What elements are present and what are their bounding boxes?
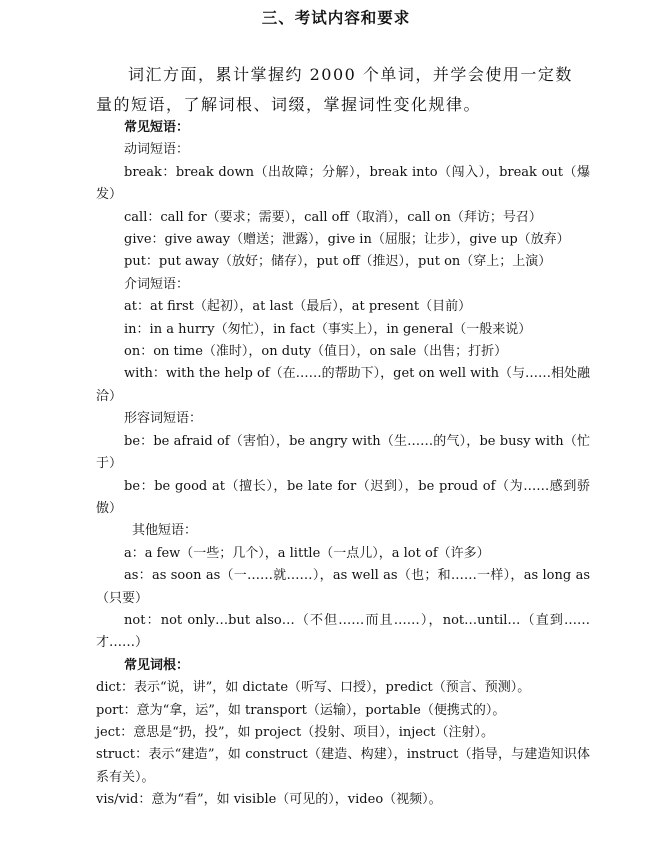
document-body: 常见短语： 动词短语： break：break down（出故障；分解），bre…: [96, 117, 590, 812]
adjective-phrases-heading: 形容词短语：: [96, 408, 590, 430]
verb-phrase-item: put：put away（放好；储存），put off（推迟），put on（穿…: [96, 251, 590, 273]
other-phrases-heading: 其他短语：: [96, 520, 590, 542]
section-title: 三、考试内容和要求: [0, 6, 672, 28]
preposition-phrase-item: on：on time（准时），on duty（值日），on sale（出售；打折…: [96, 341, 590, 363]
other-phrase-item: not：not only…but also…（不但……而且……），not…unt…: [96, 610, 590, 655]
phrases-heading: 常见短语：: [96, 117, 590, 139]
intro-paragraph: 词汇方面，累计掌握约 2000 个单词，并学会使用一定数量的短语，了解词根、词缀…: [96, 60, 590, 120]
root-item: port：意为“拿，运”，如 transport（运输），portable（便携…: [96, 700, 590, 722]
other-phrase-item: as：as soon as（一……就……），as well as（也；和……一样…: [96, 565, 590, 610]
preposition-phrase-item: with：with the help of（在……的帮助下），get on we…: [96, 363, 590, 408]
verb-phrase-item: break：break down（出故障；分解），break into（闯入），…: [96, 162, 590, 207]
preposition-phrases-heading: 介词短语：: [96, 274, 590, 296]
verb-phrases-heading: 动词短语：: [96, 139, 590, 161]
roots-heading: 常见词根：: [96, 655, 590, 677]
preposition-phrase-item: in：in a hurry（匆忙），in fact（事实上），in genera…: [96, 319, 590, 341]
root-item: ject：意思是“扔，投”，如 project（投射、项目），inject（注射…: [96, 722, 590, 744]
root-item: dict：表示“说，讲”，如 dictate（听写、口授），predict（预言…: [96, 677, 590, 699]
adjective-phrase-item: be：be good at（擅长），be late for（迟到），be pro…: [96, 476, 590, 521]
adjective-phrase-item: be：be afraid of（害怕），be angry with（生……的气）…: [96, 431, 590, 476]
other-phrase-item: a：a few（一些；几个），a little（一点儿），a lot of（许多…: [96, 543, 590, 565]
root-item: vis/vid：意为“看”，如 visible（可见的），video（视频）。: [96, 789, 590, 811]
verb-phrase-item: give：give away（赠送；泄露），give in（屈服；让步），giv…: [96, 229, 590, 251]
preposition-phrase-item: at：at first（起初），at last（最后），at present（目…: [96, 296, 590, 318]
verb-phrase-item: call：call for（要求；需要），call off（取消），call o…: [96, 207, 590, 229]
root-item: struct：表示“建造”，如 construct（建造、构建），instruc…: [96, 744, 590, 789]
